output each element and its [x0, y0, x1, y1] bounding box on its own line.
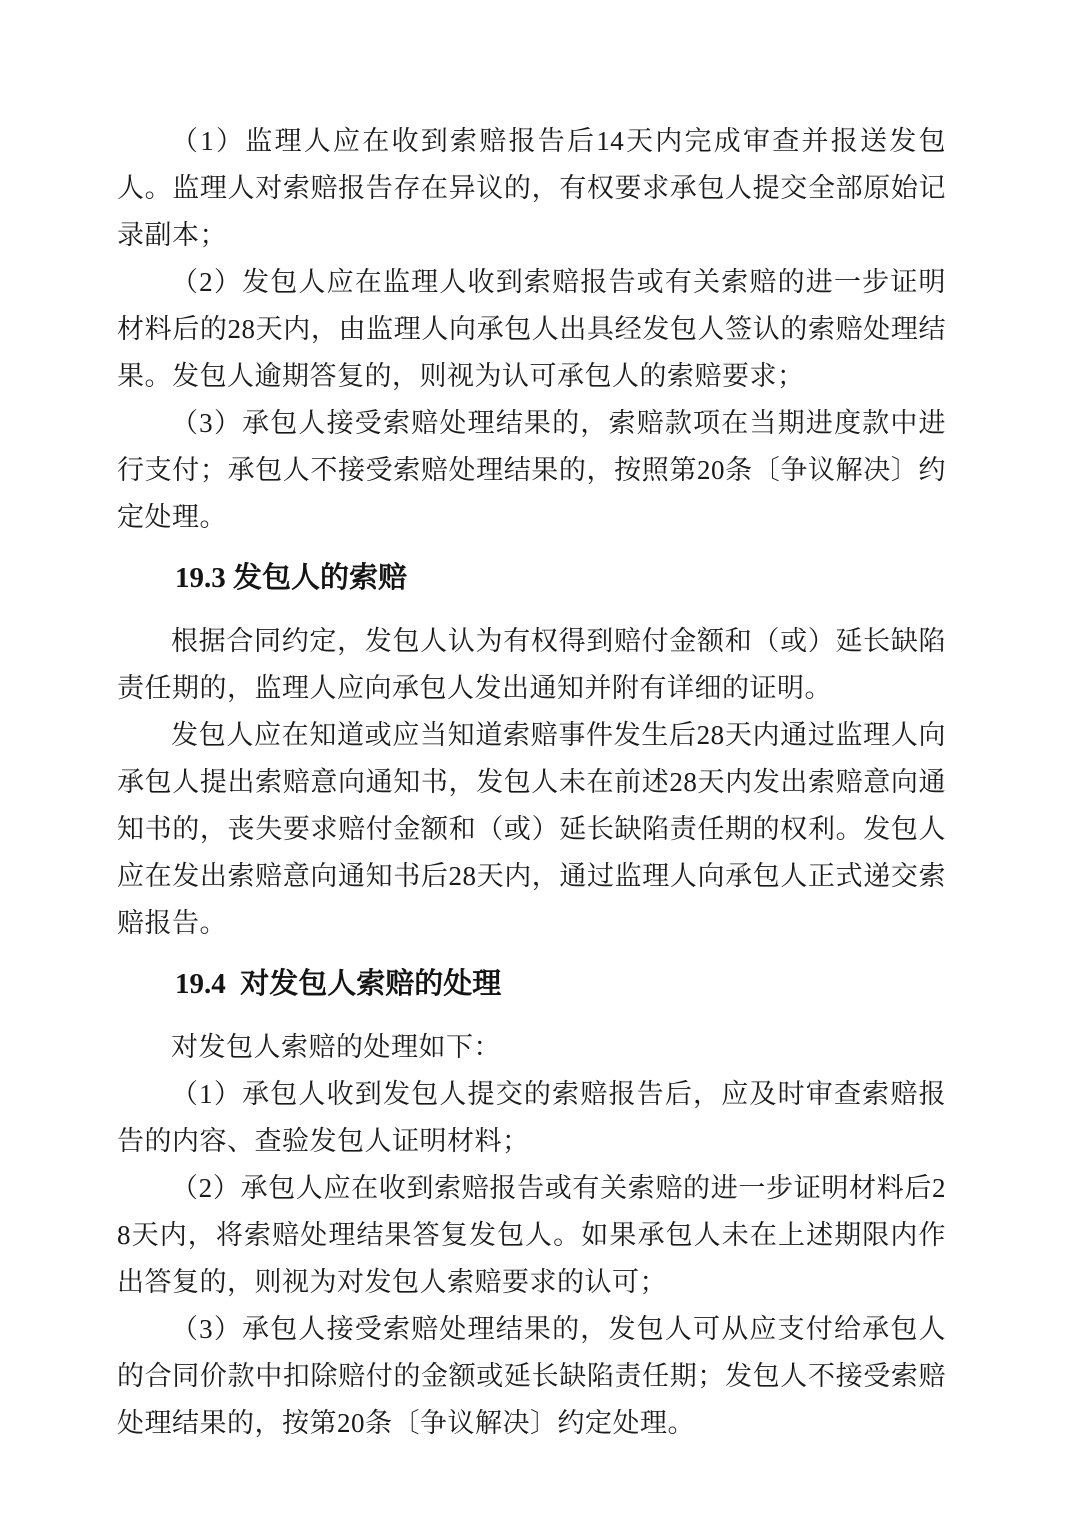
clause-contractor-claim-item-3: （3）承包人接受索赔处理结果的，索赔款项在当期进度款中进行支付；承包人不接受索赔… — [117, 400, 946, 541]
heading-19-3-employer-claims: 19.3 发包人的索赔 — [117, 555, 946, 602]
heading-19-4-employer-claim-handling: 19.4 对发包人索赔的处理 — [117, 961, 946, 1008]
clause-contractor-claim-item-2: （2）发包人应在监理人收到索赔报告或有关索赔的进一步证明材料后的28天内，由监理… — [117, 259, 946, 400]
clause-employer-claim-item-1: （1）承包人收到发包人提交的索赔报告后，应及时审查索赔报告的内容、查验发包人证明… — [117, 1071, 946, 1165]
para-19-4-intro: 对发包人索赔的处理如下： — [117, 1024, 946, 1071]
para-19-3-notice-requirement: 根据合同约定，发包人认为有权得到赔付金额和（或）延长缺陷责任期的，监理人应向承包… — [117, 618, 946, 712]
page-content: （1）监理人应在收到索赔报告后14天内完成审查并报送发包人。监理人对索赔报告存在… — [0, 0, 1074, 1447]
contract-document-page: （1）监理人应在收到索赔报告后14天内完成审查并报送发包人。监理人对索赔报告存在… — [0, 0, 1074, 1520]
clause-employer-claim-item-3: （3）承包人接受索赔处理结果的，发包人可从应支付给承包人的合同价款中扣除赔付的金… — [117, 1306, 946, 1447]
para-19-3-claim-deadline: 发包人应在知道或应当知道索赔事件发生后28天内通过监理人向承包人提出索赔意向通知… — [117, 712, 946, 947]
clause-employer-claim-item-2: （2）承包人应在收到索赔报告或有关索赔的进一步证明材料后28天内，将索赔处理结果… — [117, 1165, 946, 1306]
clause-contractor-claim-item-1: （1）监理人应在收到索赔报告后14天内完成审查并报送发包人。监理人对索赔报告存在… — [117, 118, 946, 259]
